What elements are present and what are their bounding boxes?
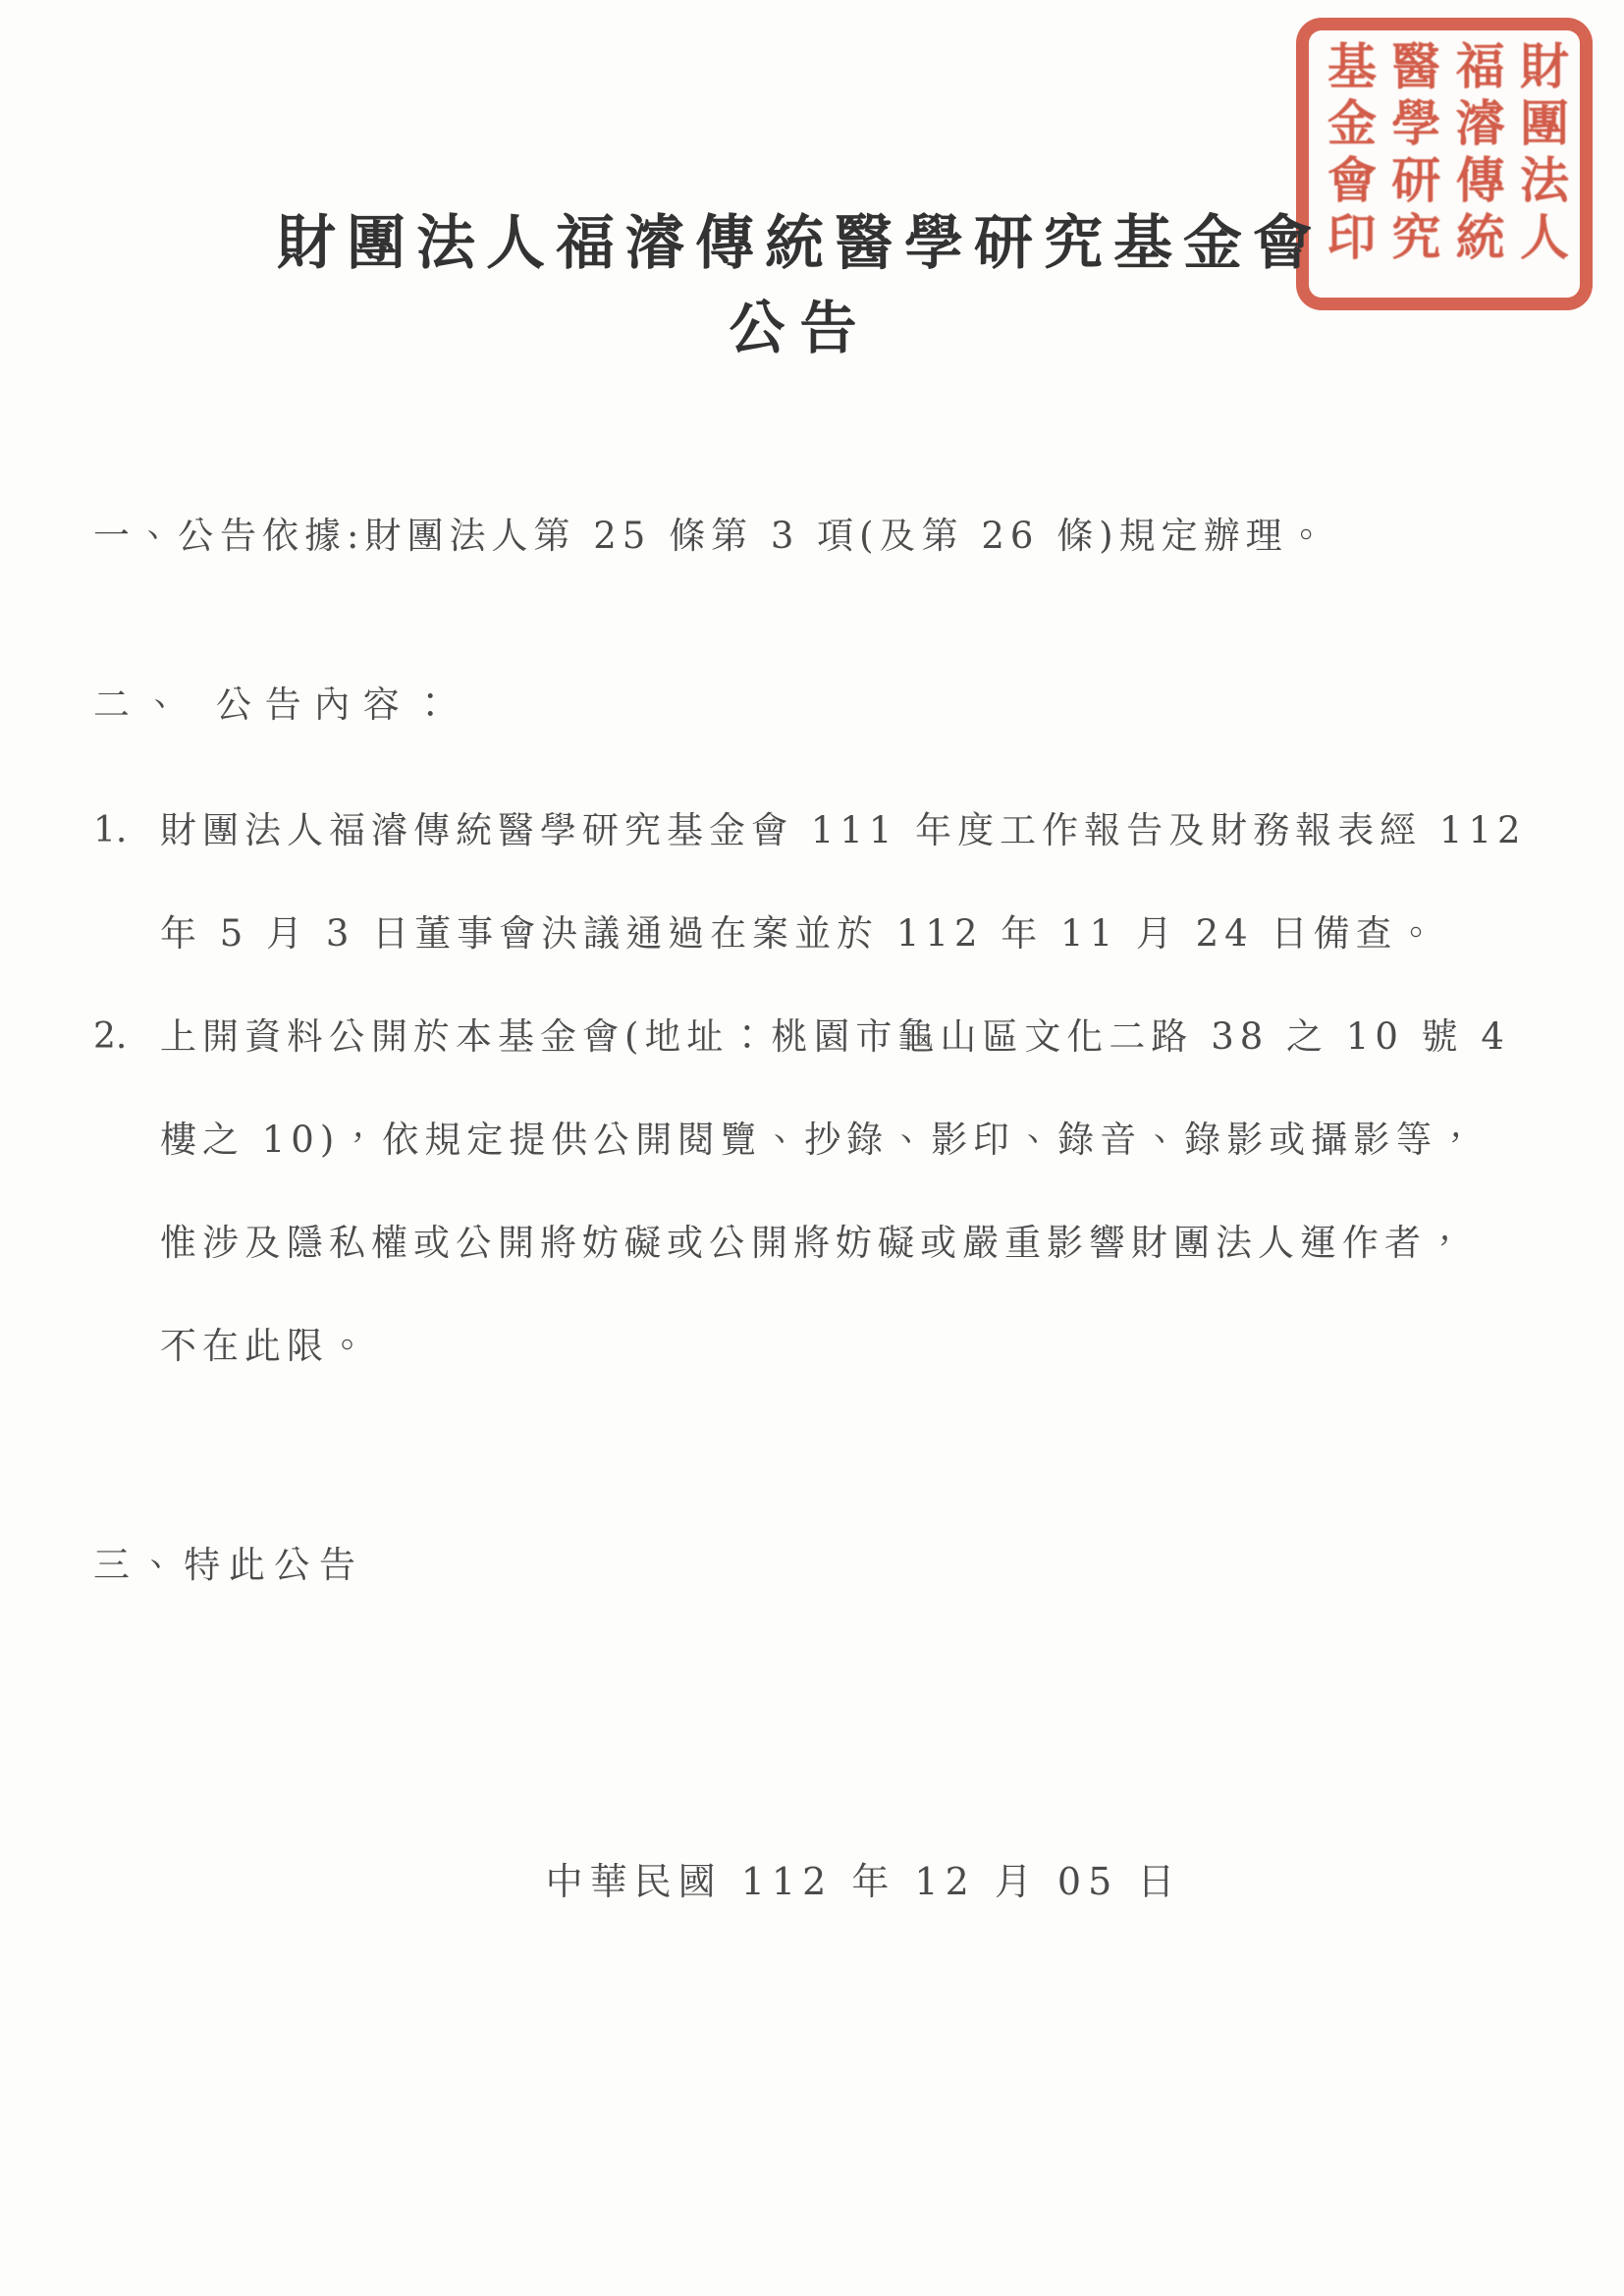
text-line: 樓之 10)，依規定提供公開閱覽、抄錄、影印、錄音、錄影或攝影等， bbox=[160, 1088, 1565, 1191]
section-content-heading: 二、 公告內容： bbox=[93, 675, 1565, 728]
list-item-2: 2. 上開資料公開於本基金會(地址：桃園市龜山區文化二路 38 之 10 號 4… bbox=[93, 985, 1565, 1397]
document-content: 財團法人福濬傳統醫學研究基金會 公告 一、公告依據:財團法人第 25 條第 3 … bbox=[0, 0, 1624, 1905]
list-item-2-text: 上開資料公開於本基金會(地址：桃園市龜山區文化二路 38 之 10 號 4 樓之… bbox=[160, 985, 1565, 1397]
section-basis: 一、公告依據:財團法人第 25 條第 3 項(及第 26 條)規定辦理。 bbox=[93, 506, 1565, 559]
text-line: 不在此限。 bbox=[160, 1294, 1565, 1397]
content-list: 1. 財團法人福濬傳統醫學研究基金會 111 年度工作報告及財務報表經 112 … bbox=[93, 779, 1565, 1397]
text-line: 惟涉及隱私權或公開將妨礙或公開將妨礙或嚴重影響財團法人運作者， bbox=[160, 1191, 1565, 1294]
list-item-1-text: 財團法人福濬傳統醫學研究基金會 111 年度工作報告及財務報表經 112 年 5… bbox=[160, 779, 1565, 985]
list-item-2-number: 2. bbox=[93, 985, 160, 1088]
page-title: 財團法人福濬傳統醫學研究基金會 bbox=[93, 201, 1565, 286]
page-subtitle: 公告 bbox=[93, 286, 1565, 370]
text-line: 上開資料公開於本基金會(地址：桃園市龜山區文化二路 38 之 10 號 4 bbox=[160, 985, 1565, 1088]
document-date: 中華民國 112 年 12 月 05 日 bbox=[93, 1851, 1565, 1905]
text-line: 財團法人福濬傳統醫學研究基金會 111 年度工作報告及財務報表經 112 bbox=[160, 779, 1565, 882]
announcement-page: 財團法人 福濬傳統 醫學研究 基金會印 財團法人福濬傳統醫學研究基金會 公告 一… bbox=[0, 0, 1624, 2296]
list-item-1-number: 1. bbox=[93, 779, 160, 882]
list-item-1: 1. 財團法人福濬傳統醫學研究基金會 111 年度工作報告及財務報表經 112 … bbox=[93, 779, 1565, 985]
text-line: 年 5 月 3 日董事會決議通過在案並於 112 年 11 月 24 日備查。 bbox=[160, 882, 1565, 985]
section-closing: 三、特此公告 bbox=[93, 1535, 1565, 1588]
